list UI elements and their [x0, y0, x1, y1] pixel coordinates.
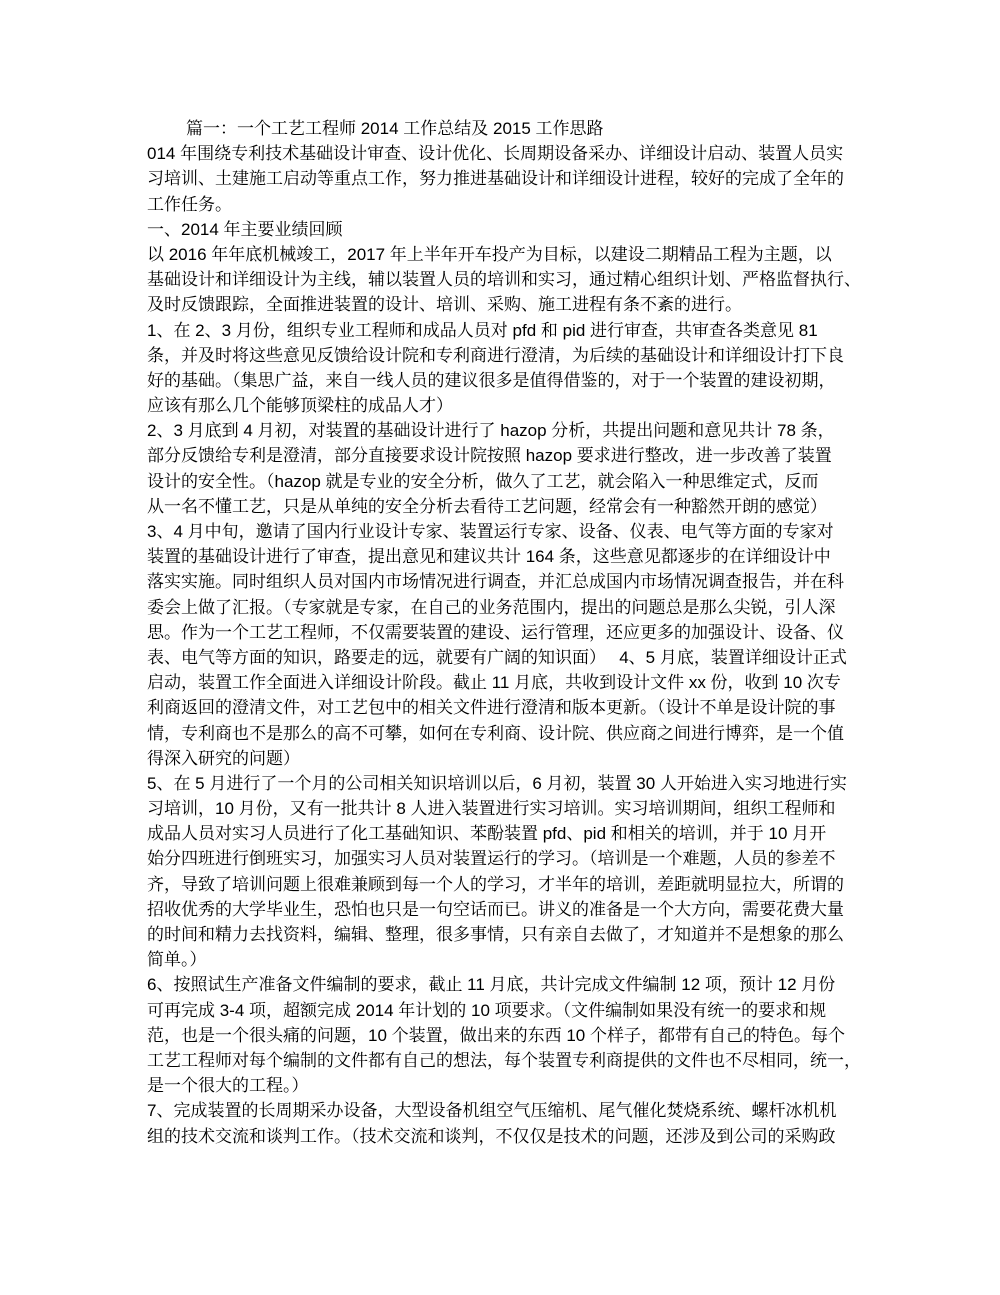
text-line: 以 2016 年年底机械竣工，2017 年上半年开车投产为目标，以建设二期精品工…	[147, 242, 859, 267]
text-line: 习培训、土建施工启动等重点工作，努力推进基础设计和详细设计进程，较好的完成了全年…	[147, 166, 859, 191]
text-line: 习培训，10 月份，又有一批共计 8 人进入装置进行实习培训。实习培训期间，组织…	[147, 796, 859, 821]
document-text-block: 篇一：一个工艺工程师 2014 工作总结及 2015 工作思路 014 年围绕专…	[147, 116, 859, 1149]
text-line: 7、完成装置的长周期采办设备，大型设备机组空气压缩机、尾气催化焚烧系统、螺杆冰机…	[147, 1098, 859, 1123]
text-line: 简单。）	[147, 947, 859, 972]
text-line: 情，专利商也不是那么的高不可攀，如何在专利商、设计院、供应商之间进行博弈，是一个…	[147, 721, 859, 746]
text-line: 表、电气等方面的知识，路要走的远，就要有广阔的知识面） 4、5 月底，装置详细设…	[147, 645, 859, 670]
text-line: 组的技术交流和谈判工作。（技术交流和谈判，不仅仅是技术的问题，还涉及到公司的采购…	[147, 1124, 859, 1149]
text-line: 可再完成 3-4 项，超额完成 2014 年计划的 10 项要求。（文件编制如果…	[147, 998, 859, 1023]
text-line: 一、2014 年主要业绩回顾	[147, 217, 859, 242]
text-line: 5、在 5 月进行了一个月的公司相关知识培训以后，6 月初，装置 30 人开始进…	[147, 771, 859, 796]
text-line: 及时反馈跟踪，全面推进装置的设计、培训、采购、施工进程有条不紊的进行。	[147, 292, 859, 317]
document-body: 014 年围绕专利技术基础设计审查、设计优化、长周期设备采办、详细设计启动、装置…	[147, 141, 859, 1149]
text-line: 工作任务。	[147, 192, 859, 217]
text-line: 得深入研究的问题）	[147, 746, 859, 771]
text-line: 启动，装置工作全面进入详细设计阶段。截止 11 月底，共收到设计文件 xx 份，…	[147, 670, 859, 695]
text-line: 是一个很大的工程。）	[147, 1073, 859, 1098]
document-page: 篇一：一个工艺工程师 2014 工作总结及 2015 工作思路 014 年围绕专…	[0, 0, 1000, 1295]
text-line: 成品人员对实习人员进行了化工基础知识、苯酚装置 pfd、pid 和相关的培训，并…	[147, 821, 859, 846]
document-title: 篇一：一个工艺工程师 2014 工作总结及 2015 工作思路	[147, 116, 859, 141]
text-line: 从一名不懂工艺，只是从单纯的安全分析去看待工艺问题，经常会有一种豁然开朗的感觉）	[147, 494, 859, 519]
text-line: 落实实施。同时组织人员对国内市场情况进行调查，并汇总成国内市场情况调查报告，并在…	[147, 569, 859, 594]
text-line: 范，也是一个很头痛的问题，10 个装置，做出来的东西 10 个样子，都带有自己的…	[147, 1023, 859, 1048]
text-line: 齐，导致了培训问题上很难兼顾到每一个人的学习，才半年的培训，差距就明显拉大，所谓…	[147, 872, 859, 897]
text-line: 设计的安全性。（hazop 就是专业的安全分析，做久了工艺，就会陷入一种思维定式…	[147, 469, 859, 494]
text-line: 6、按照试生产准备文件编制的要求，截止 11 月底，共计完成文件编制 12 项，…	[147, 972, 859, 997]
text-line: 招收优秀的大学毕业生，恐怕也只是一句空话而已。讲义的准备是一个大方向，需要花费大…	[147, 897, 859, 922]
text-line: 2、3 月底到 4 月初，对装置的基础设计进行了 hazop 分析，共提出问题和…	[147, 418, 859, 443]
text-line: 条，并及时将这些意见反馈给设计院和专利商进行澄清，为后续的基础设计和详细设计打下…	[147, 343, 859, 368]
text-line: 好的基础。（集思广益，来自一线人员的建议很多是值得借鉴的，对于一个装置的建设初期…	[147, 368, 859, 393]
text-line: 应该有那么几个能够顶梁柱的成品人才）	[147, 393, 859, 418]
text-line: 利商返回的澄清文件，对工艺包中的相关文件进行澄清和版本更新。（设计不单是设计院的…	[147, 695, 859, 720]
text-line: 思。作为一个工艺工程师，不仅需要装置的建设、运行管理，还应更多的加强设计、设备、…	[147, 620, 859, 645]
text-line: 014 年围绕专利技术基础设计审查、设计优化、长周期设备采办、详细设计启动、装置…	[147, 141, 859, 166]
text-line: 3、4 月中旬，邀请了国内行业设计专家、装置运行专家、设备、仪表、电气等方面的专…	[147, 519, 859, 544]
text-line: 工艺工程师对每个编制的文件都有自己的想法，每个装置专利商提供的文件也不尽相同，统…	[147, 1048, 859, 1073]
text-line: 部分反馈给专利是澄清，部分直接要求设计院按照 hazop 要求进行整改，进一步改…	[147, 443, 859, 468]
text-line: 装置的基础设计进行了审查，提出意见和建议共计 164 条，这些意见都逐步的在详细…	[147, 544, 859, 569]
text-line: 委会上做了汇报。（专家就是专家，在自己的业务范围内，提出的问题总是那么尖锐，引人…	[147, 595, 859, 620]
text-line: 的时间和精力去找资料，编辑、整理，很多事情，只有亲自去做了，才知道并不是想象的那…	[147, 922, 859, 947]
text-line: 1、在 2、3 月份，组织专业工程师和成品人员对 pfd 和 pid 进行审查，…	[147, 318, 859, 343]
text-line: 始分四班进行倒班实习，加强实习人员对装置运行的学习。（培训是一个难题，人员的参差…	[147, 846, 859, 871]
text-line: 基础设计和详细设计为主线，辅以装置人员的培训和实习，通过精心组织计划、严格监督执…	[147, 267, 859, 292]
